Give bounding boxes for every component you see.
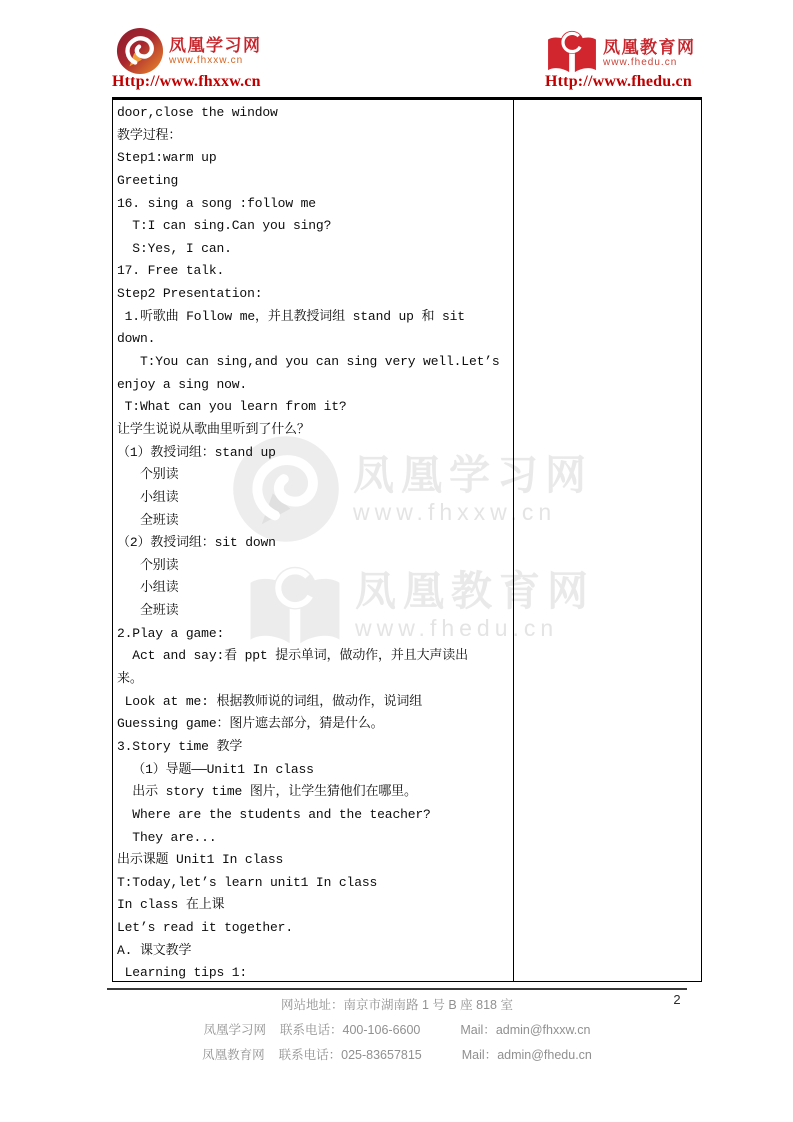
footer-contact-fhedu: 凤凰教育网联系电话：025-83657815Mail：admin@fhedu.c… bbox=[107, 1043, 687, 1068]
content-line: Look at me: 根据教师说的词组，做动作，说词组 bbox=[117, 691, 512, 714]
footer-mail-label: Mail： bbox=[462, 1048, 497, 1062]
content-line: （1）教授词组：stand up bbox=[117, 442, 512, 465]
header-left-link: Http://www.fhxxw.cn bbox=[112, 73, 261, 91]
footer-phone: 025-83657815 bbox=[341, 1048, 422, 1062]
footer-mail: admin@fhedu.cn bbox=[497, 1048, 592, 1062]
content-line: 个别读 bbox=[117, 555, 512, 578]
content-line: Step1:warm up bbox=[117, 147, 512, 170]
content-line: door,close the window bbox=[117, 102, 512, 125]
lesson-content-column: door,close the window教学过程：Step1:warm upG… bbox=[117, 102, 512, 985]
content-line: 让学生说说从歌曲里听到了什么？ bbox=[117, 419, 512, 442]
content-line: 来。 bbox=[117, 668, 512, 691]
content-line: S:Yes, I can. bbox=[117, 238, 512, 261]
footer-phone: 400-106-6600 bbox=[343, 1023, 421, 1037]
document-page: 凤凰学习网 www.fhxxw.cn 凤凰教育网 www.fhedu.cn bbox=[0, 0, 793, 1122]
content-line: 全班读 bbox=[117, 600, 512, 623]
header-right-link: Http://www.fhedu.cn bbox=[545, 73, 692, 91]
footer-address: 网站地址：南京市湖南路 1 号 B 座 818 室 bbox=[107, 993, 687, 1018]
content-line: down. bbox=[117, 328, 512, 351]
content-line: Greeting bbox=[117, 170, 512, 193]
content-line: T:What can you learn from it? bbox=[117, 396, 512, 419]
content-line: 2.Play a game: bbox=[117, 623, 512, 646]
content-line: Step2 Presentation: bbox=[117, 283, 512, 306]
content-line: A. 课文教学 bbox=[117, 940, 512, 963]
content-line: In class 在上课 bbox=[117, 894, 512, 917]
content-line: （2）教授词组：sit down bbox=[117, 532, 512, 555]
lesson-plan-table: door,close the window教学过程：Step1:warm upG… bbox=[112, 97, 702, 982]
content-line: 出示 story time 图片，让学生猜他们在哪里。 bbox=[117, 781, 512, 804]
content-line: 3.Story time 教学 bbox=[117, 736, 512, 759]
content-line: Act and say:看 ppt 提示单词，做动作，并且大声读出 bbox=[117, 645, 512, 668]
footer: 网站地址：南京市湖南路 1 号 B 座 818 室 凤凰学习网联系电话：400-… bbox=[107, 993, 687, 1068]
content-line: 教学过程： bbox=[117, 125, 512, 148]
footer-contact-fhxxw: 凤凰学习网联系电话：400-106-6600Mail：admin@fhxxw.c… bbox=[107, 1018, 687, 1043]
content-line: T:I can sing.Can you sing? bbox=[117, 215, 512, 238]
content-line: 16. sing a song :follow me bbox=[117, 193, 512, 216]
content-line: Let’s read it together. bbox=[117, 917, 512, 940]
content-line: They are... bbox=[117, 827, 512, 850]
footer-mail-label: Mail： bbox=[460, 1023, 495, 1037]
header-left-logo: 凤凰学习网 www.fhxxw.cn bbox=[116, 27, 262, 75]
site-url-fhedu: www.fhedu.cn bbox=[603, 57, 696, 69]
content-line: 小组读 bbox=[117, 577, 512, 600]
footer-site-name: 凤凰教育网 bbox=[202, 1048, 265, 1062]
footer-phone-label: 联系电话： bbox=[279, 1048, 342, 1062]
phoenix-circle-logo-icon bbox=[116, 27, 164, 75]
footer-phone-label: 联系电话： bbox=[280, 1023, 343, 1037]
table-empty-column bbox=[514, 100, 701, 981]
content-line: Where are the students and the teacher? bbox=[117, 804, 512, 827]
header-right-logo: 凤凰教育网 www.fhedu.cn bbox=[546, 29, 696, 74]
book-logo-icon bbox=[546, 29, 598, 74]
footer-divider bbox=[107, 988, 687, 990]
site-url-fhxxw: www.fhxxw.cn bbox=[169, 55, 262, 67]
site-name-fhxxw: 凤凰学习网 bbox=[169, 36, 262, 55]
footer-mail: admin@fhxxw.cn bbox=[496, 1023, 591, 1037]
content-line: T:Today,let’s learn unit1 In class bbox=[117, 872, 512, 895]
site-name-fhedu: 凤凰教育网 bbox=[603, 38, 696, 57]
content-line: 出示课题 Unit1 In class bbox=[117, 849, 512, 872]
content-line: （1）导题——Unit1 In class bbox=[117, 759, 512, 782]
content-line: 小组读 bbox=[117, 487, 512, 510]
content-line: Guessing game：图片遮去部分，猜是什么。 bbox=[117, 713, 512, 736]
content-line: 个别读 bbox=[117, 464, 512, 487]
content-line: Learning tips 1: bbox=[117, 962, 512, 985]
content-line: 1.听歌曲 Follow me，并且教授词组 stand up 和 sit bbox=[117, 306, 512, 329]
footer-site-name: 凤凰学习网 bbox=[204, 1023, 267, 1037]
content-line: T:You can sing,and you can sing very wel… bbox=[117, 351, 512, 374]
content-line: enjoy a sing now. bbox=[117, 374, 512, 397]
content-line: 17. Free talk. bbox=[117, 260, 512, 283]
content-line: 全班读 bbox=[117, 510, 512, 533]
